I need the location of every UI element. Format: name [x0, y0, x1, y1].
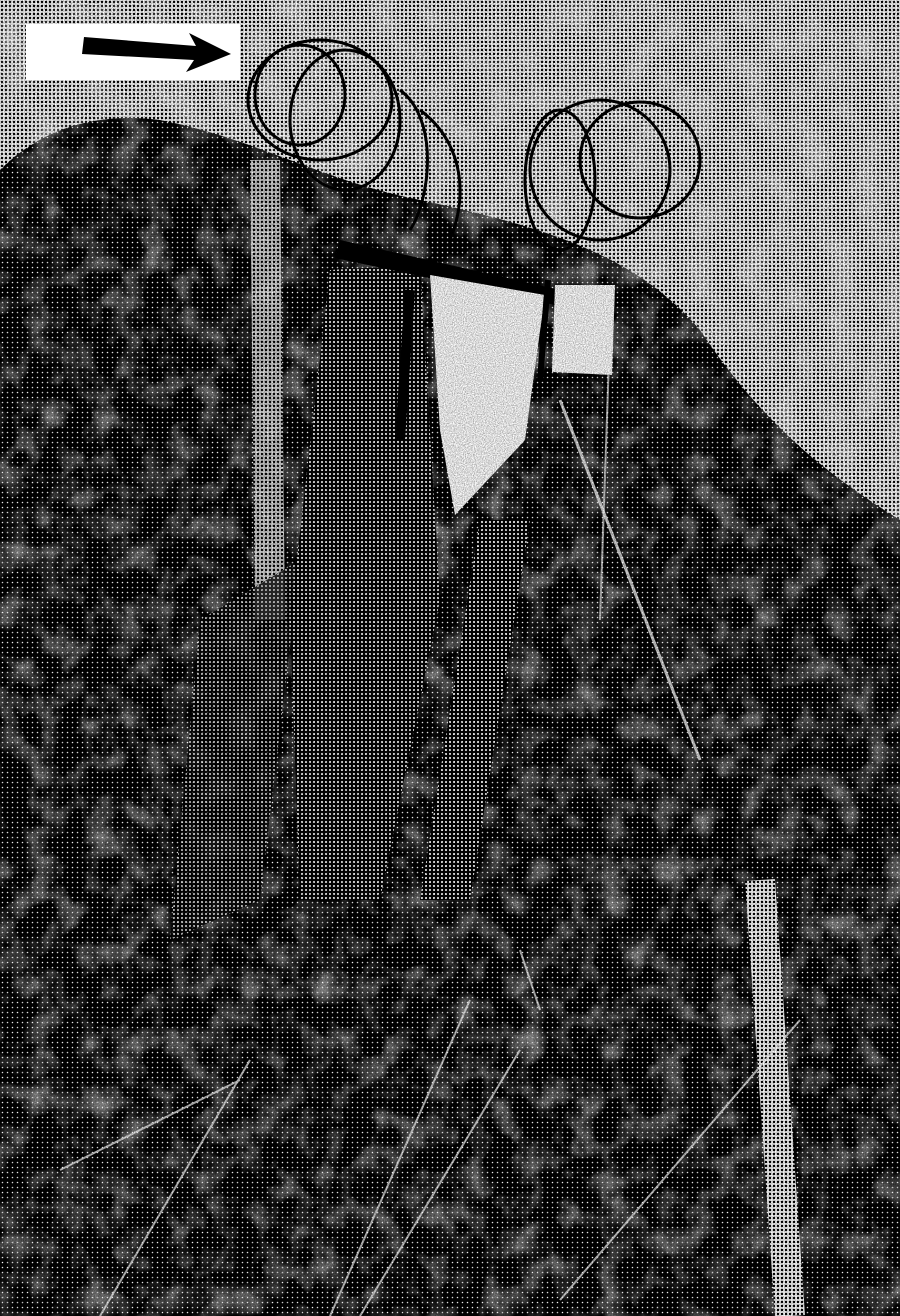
field-photograph: [0, 0, 900, 1316]
arrow-annotation: [26, 24, 240, 80]
arrow-right-icon: [26, 24, 240, 80]
